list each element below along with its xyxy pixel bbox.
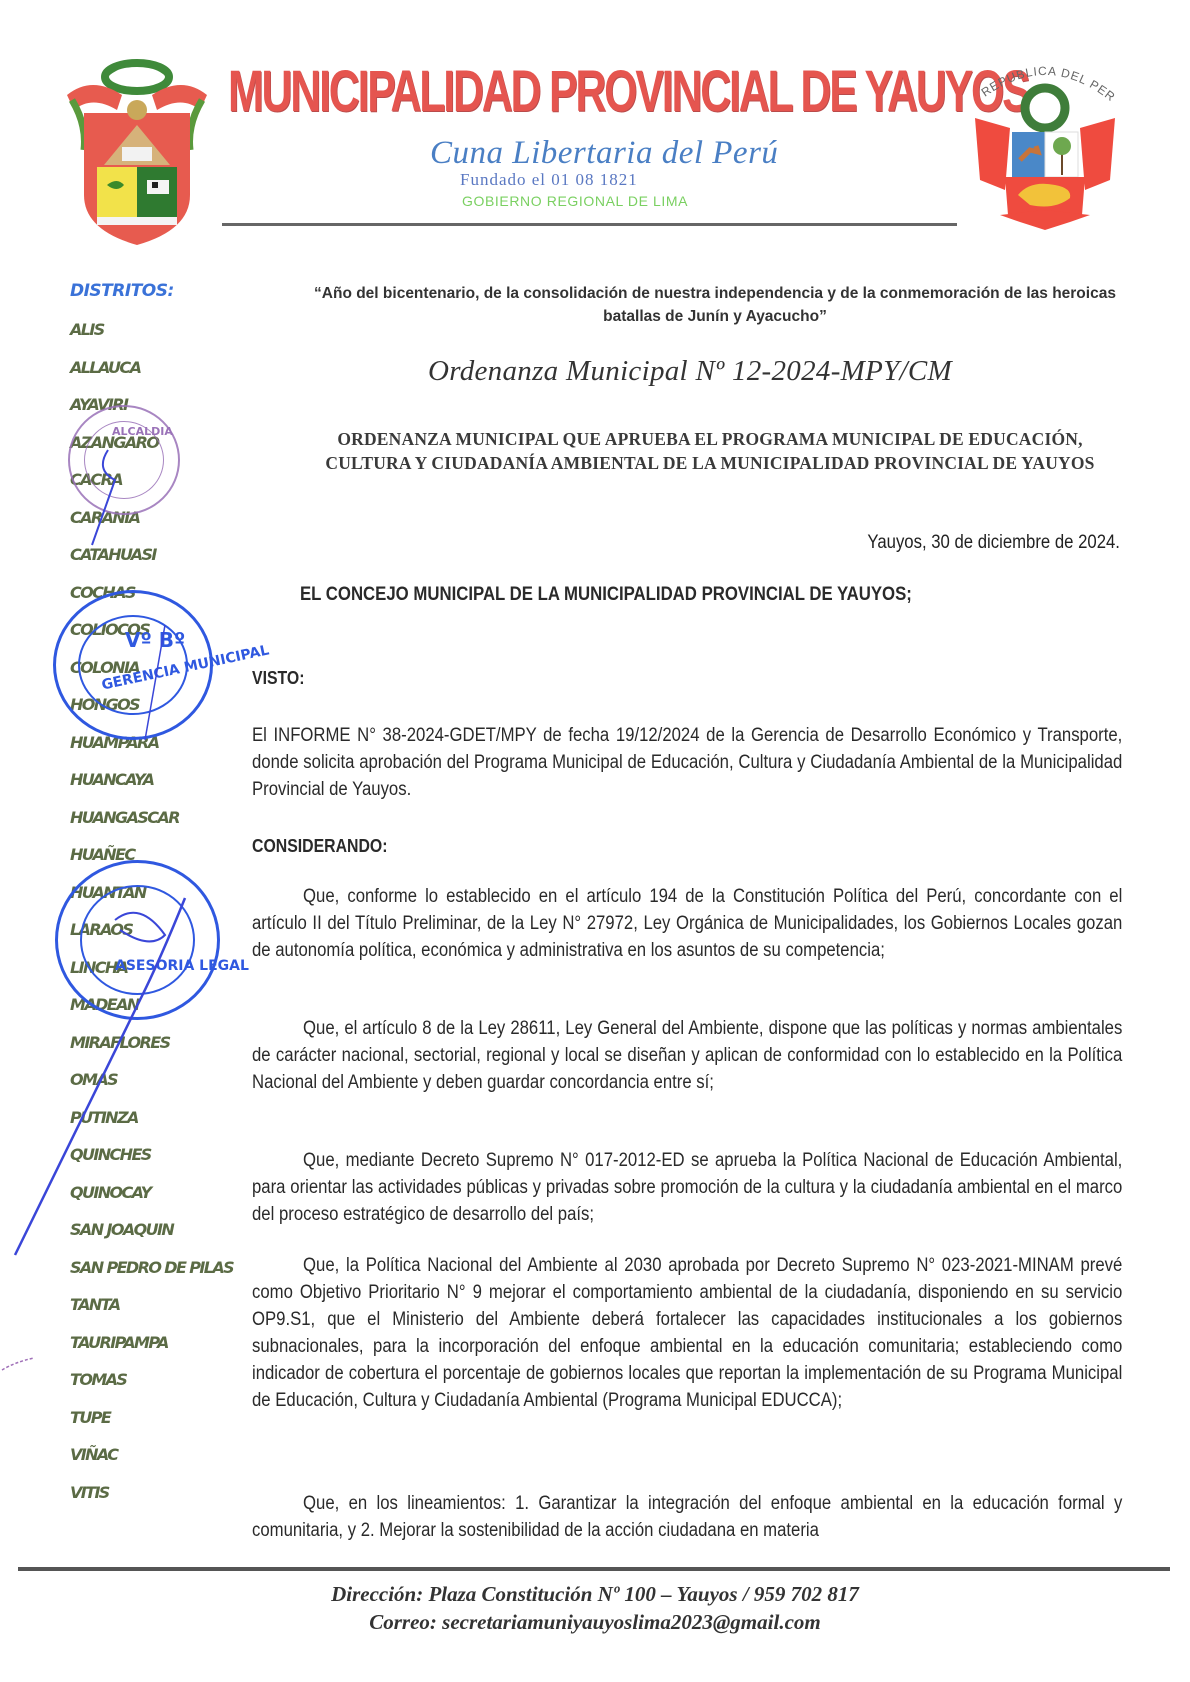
considerando-paragraph-1: Que, conforme lo establecido en el artíc… [252,883,1122,964]
district-item: VIÑAC [70,1445,117,1464]
considerando-paragraph-4: Que, la Política Nacional del Ambiente a… [252,1252,1122,1414]
district-item: TAURIPAMPA [70,1333,168,1352]
considerando-paragraph-3: Que, mediante Decreto Supremo N° 017-201… [252,1147,1122,1228]
district-item: TANTA [70,1295,120,1314]
district-item: HUANGASCAR [70,808,179,827]
district-item: MIRAFLORES [70,1033,170,1052]
ordinance-number: Ordenanza Municipal Nº 12-2024-MPY/CM [260,355,1120,388]
republic-text: REPUBLICA DEL PERU [960,50,1118,104]
footer-address: Dirección: Plaza Constitución Nº 100 – Y… [0,1582,1190,1607]
regional-government: GOBIERNO REGIONAL DE LIMA [462,193,688,209]
alcaldia-stamp [68,405,180,515]
district-item: QUINCHES [70,1145,151,1164]
ordinance-date: Yauyos, 30 de diciembre de 2024. [867,532,1120,554]
council-heading: EL CONCEJO MUNICIPAL DE LA MUNICIPALIDAD… [300,583,912,606]
district-item: ALLAUCA [70,358,140,377]
year-motto: “Año del bicentenario, de la consolidaci… [300,282,1130,328]
svg-text:REPUBLICA DEL PERU: REPUBLICA DEL PERU [960,50,1118,104]
founded-date: Fundado el 01 08 1821 [460,170,638,190]
signature-strokes [0,0,260,1682]
footer-email: Correo: secretariamuniyauyoslima2023@gma… [0,1610,1190,1635]
district-item: SAN JOAQUIN [70,1220,173,1239]
asesoria-stamp [55,860,220,1020]
district-item: TUPE [70,1408,110,1427]
district-item: ALIS [70,320,104,339]
organization-motto: Cuna Libertaria del Perú [430,135,778,172]
visto-paragraph: El INFORME N° 38-2024-GDET/MPY de fecha … [252,722,1122,803]
district-item: TOMAS [70,1370,126,1389]
footer-divider [18,1567,1170,1571]
organization-title: MUNICIPALIDAD PROVINCIAL DE YAUYOS [228,58,761,125]
district-item: QUINOCAY [70,1183,151,1202]
header-divider [222,223,957,226]
district-item: OMAS [70,1070,117,1089]
district-item: PUTINZA [70,1108,138,1127]
peru-coat-of-arms-icon: REPUBLICA DEL PERU [960,50,1130,235]
district-item: HUANCAYA [70,770,153,789]
alcaldia-stamp-label: ALCALDIA [112,425,173,438]
asesoria-stamp-label: ASESORIA LEGAL [115,958,249,974]
district-item: CATAHUASI [70,545,156,564]
considerando-paragraph-5: Que, en los lineamientos: 1. Garantizar … [252,1490,1122,1544]
ordinance-title: ORDENANZA MUNICIPAL QUE APRUEBA EL PROGR… [300,427,1120,475]
yauyos-coat-of-arms-icon [62,55,212,250]
considerando-heading: CONSIDERANDO: [252,836,388,857]
district-item: SAN PEDRO DE PILAS [70,1258,233,1277]
considerando-paragraph-2: Que, el artículo 8 de la Ley 28611, Ley … [252,1015,1122,1096]
districts-heading: DISTRITOS: [70,281,174,301]
district-item: VITIS [70,1483,109,1502]
visto-heading: VISTO: [252,668,305,689]
vb-stamp-label: Vº Bº [125,628,185,652]
